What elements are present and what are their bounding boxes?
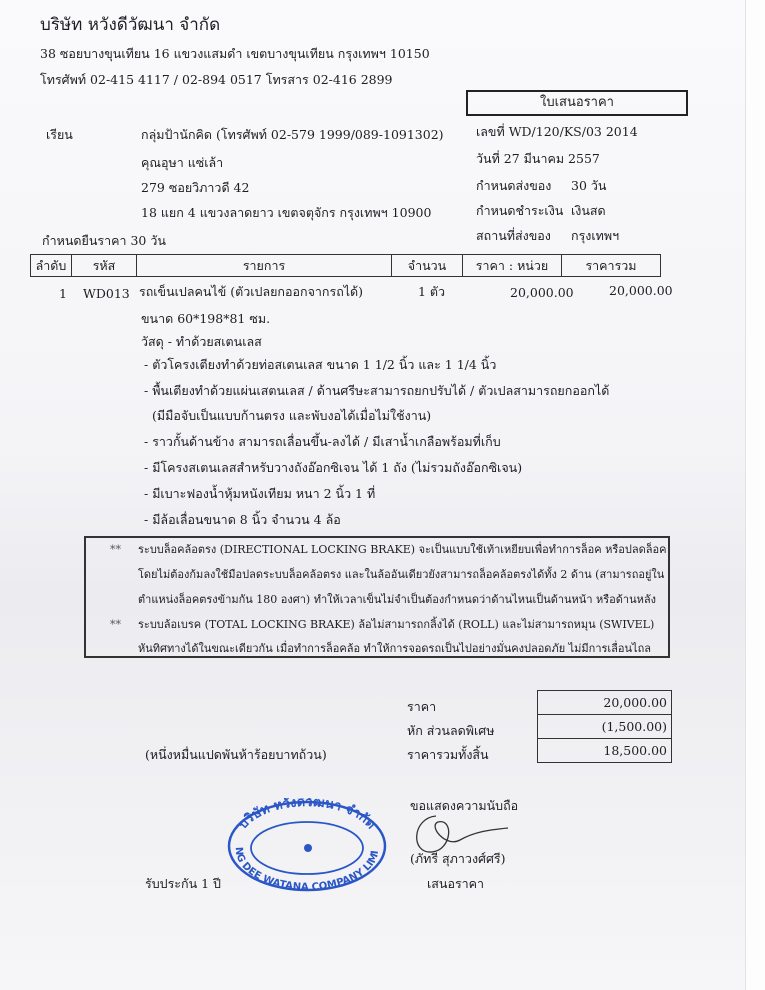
col-no: ลำดับ [31,255,72,277]
recipient-label: เรียน [46,127,73,143]
item-unit-price: 20,000.00 [510,285,574,301]
item-detail: - มีล้อเลื่อนขนาด 8 นิ้ว จำนวน 4 ล้อ [144,512,341,528]
item-total: 20,000.00 [609,283,673,299]
recipient-line: 279 ซอยวิภาวดี 42 [141,180,249,196]
signer-name: (ภัทรี สุภาวงศ์ศรี) [410,851,506,867]
col-total: ราคารวม [562,255,661,277]
item-detail: วัสดุ - ทำด้วยสเตนเลส [141,334,262,350]
item-code: WD013 [83,286,130,302]
brake-notes-box: ** ระบบล็อคล้อตรง (DIRECTIONAL LOCKING B… [84,536,670,658]
grand-total-label: ราคารวมทั้งสิ้น [407,747,489,763]
payment-value: เงินสด [571,203,606,219]
quote-date: วันที่ 27 มีนาคม 2557 [476,151,600,167]
summary-box: 20,000.00 (1,500.00) 18,500.00 [537,690,672,763]
items-table: ลำดับ รหัส รายการ จำนวน ราคา : หน่วย ราค… [30,254,661,277]
signer-role: เสนอราคา [427,876,484,892]
quotation-page: บริษัท หวังดีวัฒนา จำกัด 38 ซอยบางขุนเที… [0,0,745,990]
delivery-value: 30 วัน [571,178,606,194]
place-label: สถานที่ส่งของ [476,228,551,244]
col-qty: จำนวน [392,255,463,277]
company-stamp-icon: บริษัท หวังดีวัฒนา จำกัด WANG DEE WATANA… [226,798,388,894]
col-code: รหัส [72,255,137,277]
recipient-line: คุณอุษา แซ่เล้า [141,155,223,171]
item-no: 1 [59,286,67,302]
note-line: โดยไม่ต้องก้มลงใช้มือปลดระบบล็อคล้อตรง แ… [138,568,664,582]
company-name: บริษัท หวังดีวัฒนา จำกัด [40,15,220,35]
col-description: รายการ [137,255,392,277]
payment-label: กำหนดชำระเงิน [476,203,563,219]
item-detail: (มีมือจับเป็นแบบก้านตรง และพับงอได้เมื่อ… [152,408,431,424]
item-description: รถเข็นเปลคนไข้ (ตัวเปลยกออกจากรถได้) [139,284,363,300]
warranty-text: รับประกัน 1 ปี [145,876,221,892]
recipient-line: 18 แยก 4 แขวงลาดยาว เขตจตุจักร กรุงเทพฯ … [141,205,431,221]
item-detail: - มีเบาะฟองน้ำหุ้มหนังเทียม หนา 2 นิ้ว 1… [144,486,375,502]
price-value: 20,000.00 [538,691,671,715]
item-detail: - มีโครงสเตนเลสสำหรับวางถังอ๊อกซิเจน ได้… [144,460,522,476]
quote-number: เลขที่ WD/120/KS/03 2014 [476,124,638,140]
svg-text:บริษัท หวังดีวัฒนา จำกัด: บริษัท หวังดีวัฒนา จำกัด [236,798,379,832]
note-bullet: ** [110,618,121,631]
note-line: หันทิศทางได้ในขณะเดียวกัน เมื่อทำการล็อค… [138,642,651,656]
company-phone: โทรศัพท์ 02-415 4117 / 02-894 0517 โทรสา… [40,72,393,88]
item-detail: ขนาด 60*198*81 ซม. [141,311,270,327]
grand-total-value: 18,500.00 [538,739,671,762]
company-address: 38 ซอยบางขุนเทียน 16 แขวงแสมดำ เขตบางขุน… [40,46,430,62]
note-line: ระบบล็อคล้อตรง (DIRECTIONAL LOCKING BRAK… [138,543,666,557]
item-detail: - ราวกั้นด้านข้าง สามารถเลื่อนขึ้น-ลงได้… [144,434,501,450]
discount-label: หัก ส่วนลดพิเศษ [407,723,494,739]
delivery-label: กำหนดส่งของ [476,178,551,194]
table-header-row: ลำดับ รหัส รายการ จำนวน ราคา : หน่วย ราค… [31,255,661,277]
item-qty: 1 ตัว [418,284,445,300]
scan-edge [745,0,765,990]
recipient-line: กลุ่มป้านักคิด (โทรศัพท์ 02-579 1999/089… [141,127,444,143]
amount-in-words: (หนึ่งหมื่นแปดพันห้าร้อยบาทถ้วน) [145,747,327,763]
note-bullet: ** [110,543,121,556]
discount-value: (1,500.00) [538,715,671,739]
item-detail: - พื้นเตียงทำด้วยแผ่นเสตนเลส / ด้านศรีษะ… [144,383,609,399]
col-unit-price: ราคา : หน่วย [463,255,562,277]
item-detail: - ตัวโครงเตียงทำด้วยท่อสเตนเลส ขนาด 1 1/… [144,357,496,373]
price-label: ราคา [407,699,436,715]
note-line: ตำแหน่งล็อคตรงข้ามกัน 180 องศา) ทำให้เวล… [138,593,656,607]
price-validity: กำหนดยืนราคา 30 วัน [42,233,166,249]
document-title: ใบเสนอราคา [466,90,688,116]
place-value: กรุงเทพฯ [571,228,619,244]
note-line: ระบบล้อเบรค (TOTAL LOCKING BRAKE) ล้อไม่… [138,618,654,632]
